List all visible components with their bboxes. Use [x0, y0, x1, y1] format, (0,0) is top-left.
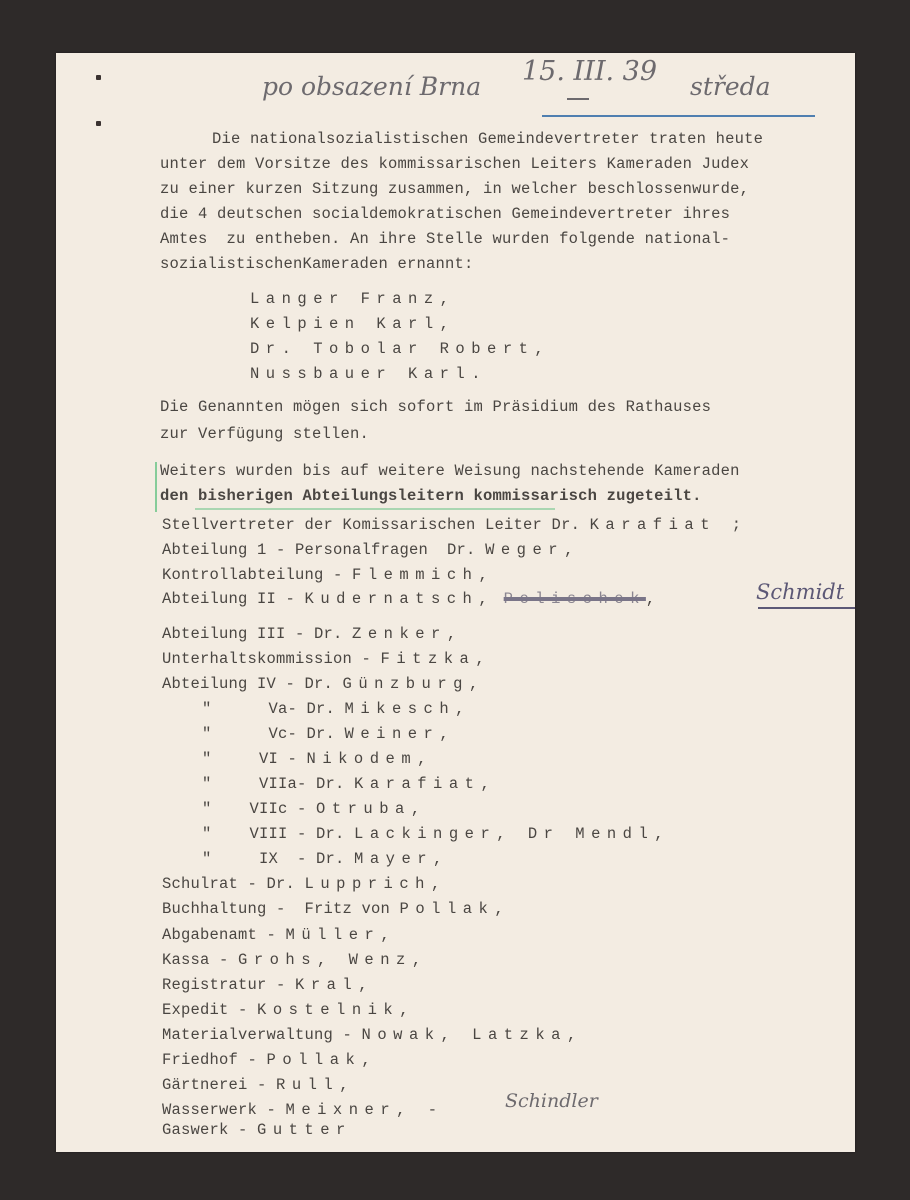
assignment-row: Expedit - Kostelnik,	[162, 1001, 415, 1019]
blue-underline	[542, 115, 815, 117]
assignment-row: Unterhaltskommission - Fitzka,	[162, 650, 491, 668]
appointed-name: Langer Franz,	[250, 290, 455, 308]
text-line: sozialistischenKameraden ernannt:	[160, 255, 474, 273]
date-mark	[567, 98, 589, 100]
appointed-name: Nussbauer Karl.	[250, 365, 487, 383]
handwritten-name: Schmidt	[756, 580, 844, 604]
text-line: Die nationalsozialistischen Gemeindevert…	[212, 130, 763, 148]
assignment-row: Gaswerk - Gutter	[162, 1121, 352, 1139]
assignment-row: Abteilung 1 - Personalfragen Dr. Weger,	[162, 541, 580, 559]
text-line: die 4 deutschen socialdemokratischen Gem…	[160, 205, 730, 223]
handwritten-weekday: středa	[690, 72, 771, 101]
assignment-row: " VI - Nikodem,	[202, 750, 433, 768]
struck-name: Pelischek	[504, 590, 646, 608]
assignment-row: Abteilung II - Kudernatsch, Pelischek,	[162, 590, 655, 608]
appointed-name: Kelpien Karl,	[250, 315, 455, 333]
assignment-row: Materialverwaltung - Nowak, Latzka,	[162, 1026, 583, 1044]
handwritten-date: 15. III. 39	[522, 56, 657, 87]
appointed-name: Dr. Tobolar Robert,	[250, 340, 550, 358]
assignment-row: Stellvertreter der Komissarischen Leiter…	[162, 516, 748, 534]
binding-hole	[96, 75, 101, 80]
assignment-row: Friedhof - Pollak,	[162, 1051, 377, 1069]
assignment-row: Gärtnerei - Rull,	[162, 1076, 355, 1094]
assignment-row: Schulrat - Dr. Lupprich,	[162, 875, 447, 893]
text-line: Die Genannten mögen sich sofort im Präsi…	[160, 398, 711, 416]
assignment-row: " Vc- Dr. Weiner,	[202, 725, 455, 743]
assignment-row: Buchhaltung - Fritz von Pollak,	[162, 900, 510, 918]
text-line: zur Verfügung stellen.	[160, 425, 369, 443]
assignment-row: Wasserwerk - Meixner, -	[162, 1101, 444, 1119]
text-line: unter dem Vorsitze des kommissarischen L…	[160, 155, 749, 173]
handwritten-name: Schindler	[505, 1090, 598, 1112]
text-line: zu einer kurzen Sitzung zusammen, in wel…	[160, 180, 749, 198]
assignment-row: " VIII - Dr. Lackinger, Dr Mendl,	[202, 825, 670, 843]
assignment-row: Abteilung III - Dr. Zenker,	[162, 625, 463, 643]
assignment-row: Abteilung IV - Dr. Günzburg,	[162, 675, 485, 693]
assignment-row: Registratur - Kral,	[162, 976, 374, 994]
assignment-row: Abgabenamt - Müller,	[162, 926, 396, 944]
text-line: Amtes zu entheben. An ihre Stelle wurden…	[160, 230, 730, 248]
handwritten-place: po obsazení Brna	[262, 72, 481, 101]
assignment-row: Kontrollabteilung - Flemmich,	[162, 566, 494, 584]
assignment-row: Kassa - Grohs, Wenz,	[162, 951, 428, 969]
binding-hole	[96, 121, 101, 126]
handwritten-underline	[758, 607, 855, 609]
assignment-row: " Va- Dr. Mikesch,	[202, 700, 471, 718]
green-underline	[195, 508, 555, 510]
text-line: Weiters wurden bis auf weitere Weisung n…	[160, 462, 740, 480]
assignment-row: " VIIa- Dr. Karafiat,	[202, 775, 496, 793]
assignment-row: " VIIc - Otruba,	[202, 800, 427, 818]
green-margin-mark	[155, 462, 157, 512]
text-line: den bisherigen Abteilungsleitern kommiss…	[160, 487, 702, 505]
assignment-row: " IX - Dr. Mayer,	[202, 850, 449, 868]
